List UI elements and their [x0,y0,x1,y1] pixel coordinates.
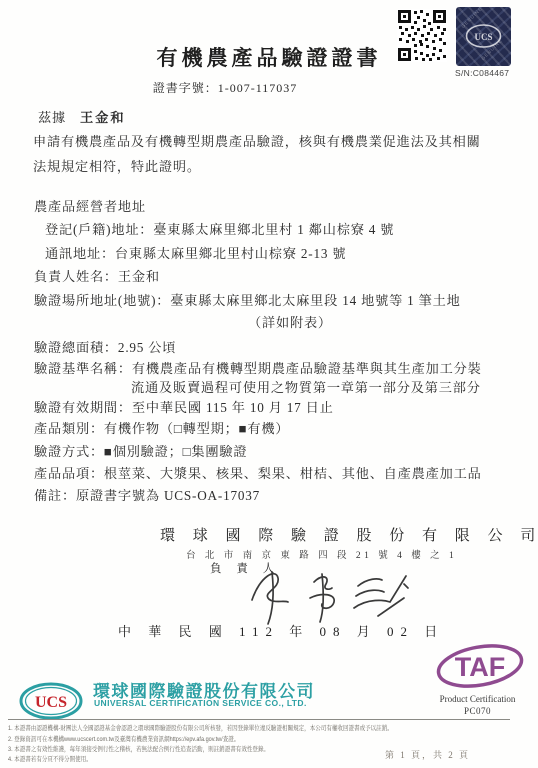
page-title: 有機農產品驗證證書 [0,42,538,72]
ucs-logo-text: UCS [35,694,67,711]
footer-note-1: 1. 本證書由認證機構-財團法人全國認證基金會認證之環球國際驗證股份有限公司所核… [8,723,393,732]
site-address: 驗證場所地址(地號)：臺東縣太麻里鄉北太麻里段 14 地號等 1 筆土地 [34,290,461,309]
footer-note-2: 2. 登錄資訊可在本機構www.ucscert.com.tw及臺灣有機農業資訊網… [8,734,239,743]
standard-name-line1: 驗證基準名稱：有機農產品有機轉型期農產品驗證基準與其生產加工分裝 [34,358,482,377]
footer-note-4: 4. 本證書若有分頁不得分開使用。 [8,754,92,763]
footer-divider [8,719,510,720]
valid-until: 驗證有效期間：至中華民國 115 年 10 月 17 日止 [34,397,334,416]
mailing-address: 通訊地址：台東縣太麻里鄉北里村山棕寮 2-13 號 [45,243,346,262]
registered-address: 登記(戶籍)地址：臺東縣太麻里鄉北里村 1 鄰山棕寮 4 號 [45,219,394,238]
issue-date: 中 華 民 國 112 年 08 月 02 日 [118,621,444,640]
representative-name: 負責人姓名：王金和 [34,266,160,285]
intro-body-line2: 法規規定相符，特此證明。 [33,156,201,175]
product-category: 產品類別：有機作物（□轉型期；■有機） [34,418,289,437]
total-area: 驗證總面積：2.95 公頃 [34,337,176,356]
taf-caption-line2: PC070 [420,706,535,716]
intro-body-line1: 申請有機農產品及有機轉型期農產品驗證，核與有機農業促進法及其相關 [33,131,481,150]
operator-section-title: 農產品經營者地址 [34,196,146,215]
site-address-note: （詳如附表） [248,312,332,331]
taf-caption-line1: Product Certification [420,694,535,704]
certificate-number: 證書字號：1-007-117037 [0,79,450,96]
preamble-label: 茲據 [38,110,66,125]
issuer-address: 台 北 市 南 京 東 路 四 段 21 號 4 樓 之 1 [186,547,457,561]
preamble-line: 茲據王金和 [38,107,126,126]
footer-note-3: 3. 本證書之有效性維護，每年須接受例行性之稽核，若無法配合例行性追查活動，則註… [8,744,269,753]
product-items: 產品品項：根莖菜、大漿果、核果、梨果、柑桔、其他、自產農產加工品 [34,463,482,482]
page-indicator: 第 1 頁，共 2 頁 [385,748,470,761]
svg-text:UCS: UCS [474,32,492,42]
applicant-name: 王金和 [80,110,126,125]
remark: 備註：原證書字號為 UCS-OA-17037 [34,485,260,504]
certificate-page: GENUINE GENUINE UCS S/N:C084467 有機農產品驗證證… [0,0,538,768]
taf-logo-text: TAF [455,652,505,682]
footer-company-en: UNIVERSAL CERTIFICATION SERVICE CO., LTD… [94,698,307,708]
certification-method: 驗證方式：■個別驗證；□集團驗證 [34,441,247,460]
taf-logo: TAF [432,638,528,701]
issuer-company-name: 環 球 國 際 驗 證 股 份 有 限 公 司 [160,524,538,545]
standard-name-line2: 流通及販賣過程可使用之物質第一章第一部分及第三部分 [131,377,481,396]
